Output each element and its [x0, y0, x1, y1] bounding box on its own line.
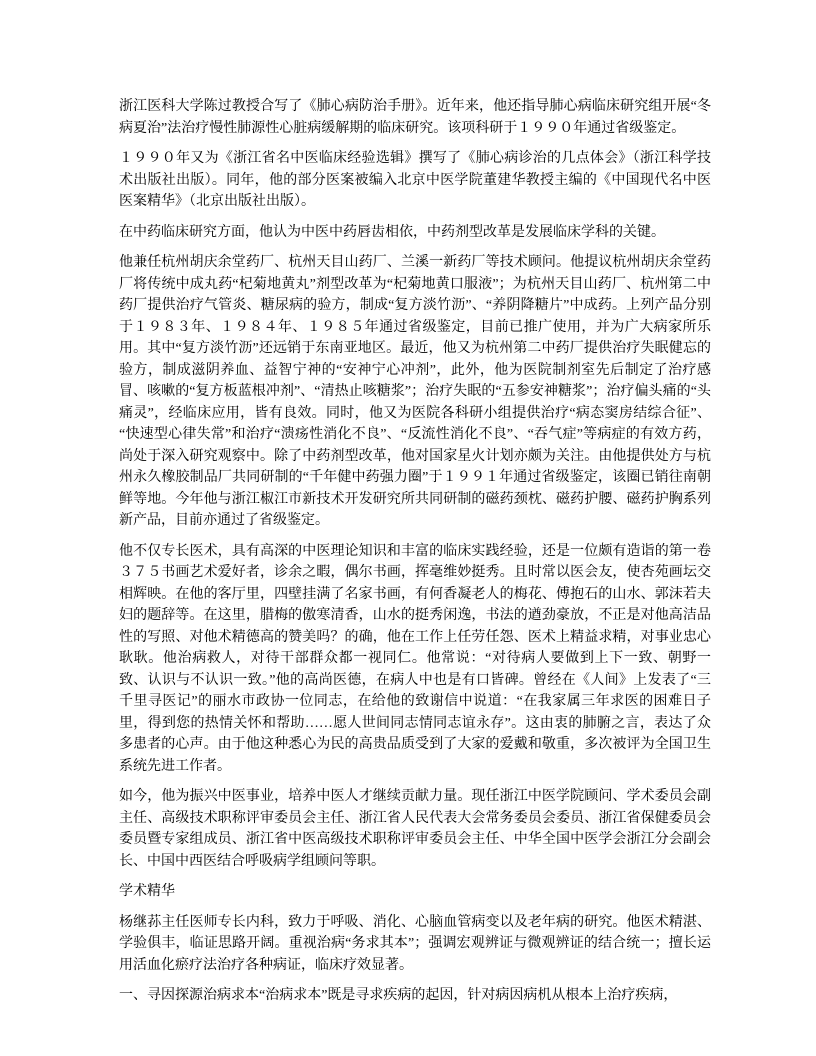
paragraph-yang-jisun-specialty: 杨继荪主任医师专长内科，致力于呼吸、消化、心脑血管病变以及老年病的研究。他医术精… [119, 912, 711, 977]
paragraph-pulmonary-research: 浙江医科大学陈过教授合写了《肺心病防治手册》。近年来，他还指导肺心病临床研究组开… [119, 96, 711, 139]
paragraph-art-and-ethics: 他不仅专长医术，具有高深的中医理论知识和丰富的临床实践经验，还是一位颇有造诣的第… [119, 541, 711, 778]
paragraph-treat-root-cause: 一、寻因探源治病求本“治病求本”既是寻求疾病的起因，针对病因病机从根本上治疗疾病… [119, 985, 711, 1007]
section-heading-academic-essence: 学术精华 [119, 881, 711, 903]
paragraph-tcm-clinical-view: 在中药临床研究方面，他认为中医中药唇齿相依，中药剂型改革是发展临床学科的关键。 [119, 222, 711, 244]
paragraph-current-positions: 如今，他为振兴中医事业，培养中医人才继续贡献力量。现任浙江中医学院顾问、学术委员… [119, 786, 711, 872]
paragraph-publications-1990: １９９０年又为《浙江省名中医临床经验选辑》撰写了《肺心病诊治的几点体会》（浙江科… [119, 148, 711, 213]
paragraph-pharmaceutical-consulting: 他兼任杭州胡庆余堂药厂、杭州天目山药厂、兰溪一新药厂等技术顾问。他提议杭州胡庆余… [119, 252, 711, 532]
document-page: 浙江医科大学陈过教授合写了《肺心病防治手册》。近年来，他还指导肺心病临床研究组开… [0, 0, 816, 1056]
